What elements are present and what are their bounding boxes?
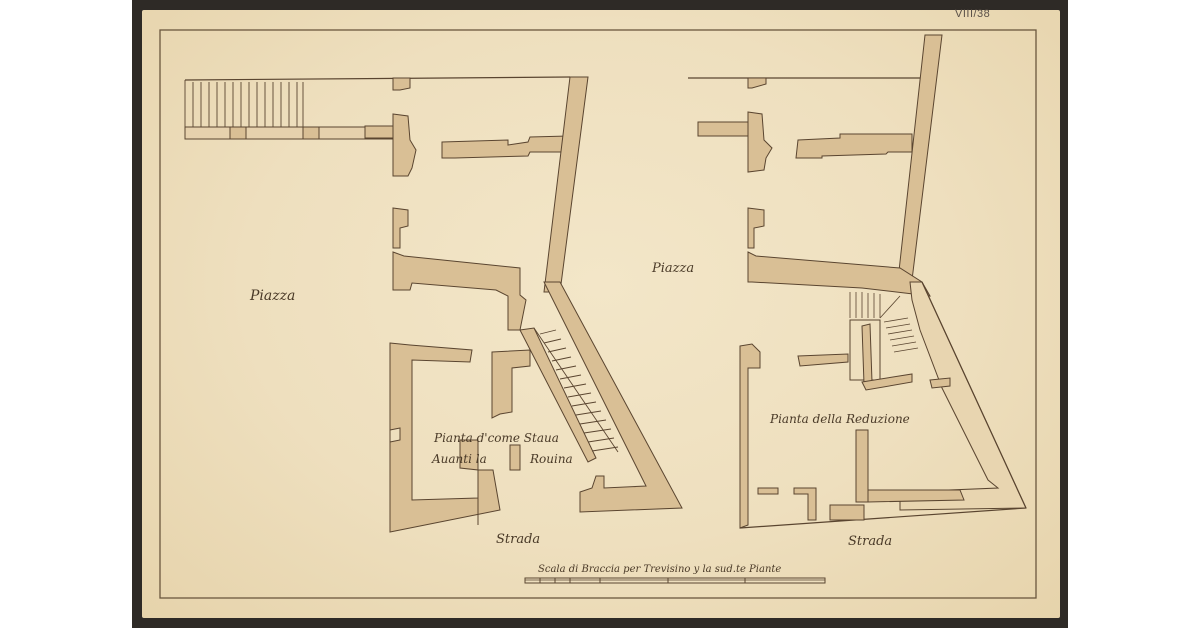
scale-bar-label: Scala di Braccia per Trevisino y la sud.… — [538, 564, 781, 575]
right-plan — [688, 35, 1026, 528]
floor-plan-drawing: Piazza Pianta d'come Staua Auanti la Rou… — [132, 0, 1068, 628]
border-frame — [160, 30, 1036, 598]
left-plan-title-line3: Rouina — [529, 452, 573, 466]
left-strada-label: Strada — [496, 532, 540, 547]
right-strada-label: Strada — [848, 534, 892, 549]
left-plan-title-line2: Auanti la — [431, 452, 487, 466]
right-plan-title: Pianta della Reduzione — [769, 412, 910, 426]
left-plan-title-line1: Pianta d'come Staua — [433, 431, 559, 445]
railing — [185, 80, 303, 128]
left-piazza-label: Piazza — [249, 288, 295, 304]
scale-bar — [525, 578, 825, 583]
right-piazza-label: Piazza — [651, 261, 694, 276]
